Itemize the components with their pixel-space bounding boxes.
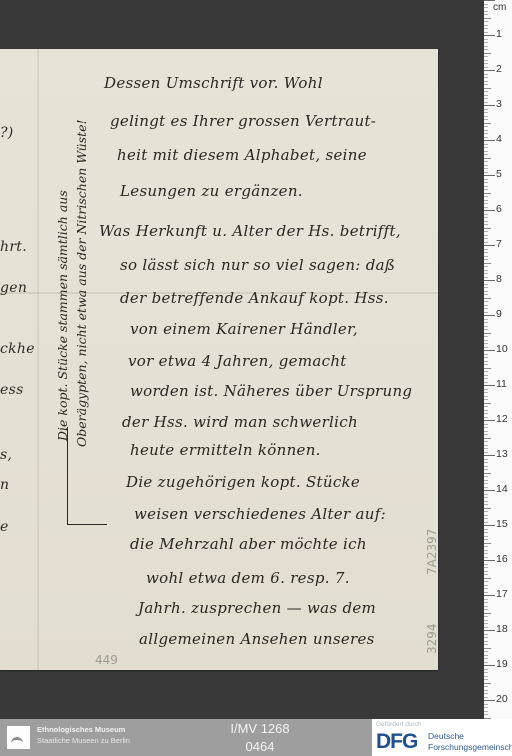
ruler-tick xyxy=(484,322,488,323)
ruler-label: 3 xyxy=(496,99,502,109)
ruler-tick xyxy=(484,242,488,243)
ruler-tick xyxy=(484,564,488,565)
ruler-tick xyxy=(484,326,488,327)
museum-name: Ethnologisches Museum xyxy=(37,725,125,734)
ruler-tick xyxy=(484,644,488,645)
letter-line: heit mit diesem Alphabet, seine xyxy=(117,146,367,164)
ruler-tick xyxy=(484,497,488,498)
pencil-number: 449 xyxy=(95,653,118,667)
ruler-tick xyxy=(484,294,488,295)
ruler-tick xyxy=(484,333,491,334)
ruler-tick xyxy=(484,18,491,19)
letter-line: der betreffende Ankauf kopt. Hss. xyxy=(120,289,389,307)
ruler-tick xyxy=(484,46,488,47)
ruler-tick xyxy=(484,595,495,596)
ruler-tick xyxy=(484,354,488,355)
letter-line: so lässt sich nur so viel sagen: daß xyxy=(120,256,395,274)
ruler-tick xyxy=(484,431,488,432)
ruler-label: 2 xyxy=(496,64,502,74)
fragment-text: ess xyxy=(0,382,24,398)
ruler-label: 15 xyxy=(496,519,508,529)
ruler-tick xyxy=(484,98,488,99)
fragment-text: gen xyxy=(0,280,27,296)
ruler-tick xyxy=(484,214,488,215)
ruler-tick xyxy=(484,630,495,631)
ruler-tick xyxy=(484,186,488,187)
ruler-label: 11 xyxy=(496,379,507,389)
margin-bracket xyxy=(67,427,68,525)
letter-line: worden ist. Näheres über Ursprung xyxy=(130,382,412,400)
ruler-tick xyxy=(484,651,488,652)
ruler-tick xyxy=(484,189,488,190)
page-number: 0464 xyxy=(200,739,320,754)
dfg-logo-mark: DFG xyxy=(376,730,417,754)
letter-line: von einem Kairener Händler, xyxy=(130,320,358,338)
ruler-tick xyxy=(484,147,488,148)
ruler-tick xyxy=(484,329,488,330)
ruler-tick xyxy=(484,200,488,201)
ruler-tick xyxy=(484,441,488,442)
ruler-tick xyxy=(484,627,488,628)
ruler-tick xyxy=(484,364,488,365)
ruler-tick xyxy=(484,487,488,488)
ruler-tick xyxy=(484,385,495,386)
ruler-tick xyxy=(484,396,488,397)
ruler-tick xyxy=(484,301,488,302)
ruler-tick xyxy=(484,466,488,467)
fragment-text: e xyxy=(0,519,9,535)
ruler-tick xyxy=(484,259,488,260)
ruler-tick xyxy=(484,592,488,593)
ruler-label: 9 xyxy=(496,309,502,319)
ruler-tick xyxy=(484,161,488,162)
ruler-tick xyxy=(484,662,488,663)
letter-page: ?) hrt. gen ckhe ess s, n e Die kopt. St… xyxy=(0,49,438,670)
ruler-tick xyxy=(484,4,488,5)
ruler-tick xyxy=(484,361,488,362)
inventory-id: I/MV 1268 xyxy=(200,721,320,736)
ruler-tick xyxy=(484,144,488,145)
ruler-tick xyxy=(484,95,488,96)
ruler-tick xyxy=(484,67,488,68)
document-viewer[interactable]: ?) hrt. gen ckhe ess s, n e Die kopt. St… xyxy=(0,0,484,719)
ruler-tick xyxy=(484,389,488,390)
ruler-tick xyxy=(484,697,488,698)
ruler-label: 13 xyxy=(496,449,508,459)
ruler-tick xyxy=(484,116,488,117)
ruler-tick xyxy=(484,522,488,523)
ruler-tick xyxy=(484,714,488,715)
ruler-tick xyxy=(484,291,488,292)
letter-line: heute ermitteln können. xyxy=(130,441,321,459)
ruler-tick xyxy=(484,543,491,544)
ruler-tick xyxy=(484,539,488,540)
ruler-tick xyxy=(484,406,488,407)
ruler-tick xyxy=(484,245,495,246)
ruler-unit: cm xyxy=(493,2,506,13)
ruler-tick xyxy=(484,560,495,561)
ruler-tick xyxy=(484,270,488,271)
ruler-tick xyxy=(484,427,488,428)
ruler-tick xyxy=(484,494,488,495)
ruler-tick xyxy=(484,340,488,341)
ruler-tick xyxy=(484,315,495,316)
ruler-tick xyxy=(484,392,488,393)
ruler-tick xyxy=(484,669,488,670)
ruler-label: 14 xyxy=(496,484,508,494)
ruler-tick xyxy=(484,690,488,691)
ruler-tick xyxy=(484,350,495,351)
ruler-tick xyxy=(484,280,495,281)
ruler-tick xyxy=(484,581,488,582)
ruler-tick xyxy=(484,616,488,617)
ruler-tick xyxy=(484,252,488,253)
ruler-tick xyxy=(484,599,488,600)
ruler-tick xyxy=(484,711,488,712)
ruler-tick xyxy=(484,112,488,113)
ruler-tick xyxy=(484,511,488,512)
ruler-label: 10 xyxy=(496,344,508,354)
ruler-tick xyxy=(484,231,488,232)
ruler-tick xyxy=(484,469,488,470)
ruler-tick xyxy=(484,224,488,225)
ruler-tick xyxy=(484,305,488,306)
paper-fold-vertical xyxy=(37,49,39,670)
ruler-label: 18 xyxy=(496,624,508,634)
ruler-tick xyxy=(484,672,488,673)
ruler-tick xyxy=(484,525,495,526)
letter-line: wohl etwa dem 6. resp. 7. xyxy=(146,569,350,587)
ruler-tick xyxy=(484,182,488,183)
ruler-tick xyxy=(484,343,488,344)
ruler-tick xyxy=(484,588,488,589)
ruler-tick xyxy=(484,641,488,642)
ruler-tick xyxy=(484,452,488,453)
ruler-tick xyxy=(484,700,495,701)
ruler-label: 16 xyxy=(496,554,508,564)
ruler-label: 19 xyxy=(496,659,508,669)
ruler-tick xyxy=(484,137,488,138)
ruler-tick xyxy=(484,175,495,176)
ruler-tick xyxy=(484,448,488,449)
museum-subtitle: Staatliche Museen zu Berlin xyxy=(37,736,130,745)
ruler-tick xyxy=(484,357,488,358)
ruler-tick xyxy=(484,287,488,288)
ruler-tick xyxy=(484,375,488,376)
ruler-tick xyxy=(484,154,488,155)
ruler-label: 6 xyxy=(496,204,502,214)
letter-line: die Mehrzahl aber möchte ich xyxy=(130,535,367,553)
ruler-tick xyxy=(484,546,488,547)
ruler-tick xyxy=(484,571,488,572)
letter-line: Lesungen zu ergänzen. xyxy=(120,182,303,200)
ruler-tick xyxy=(484,683,491,684)
fragment-text: ?) xyxy=(0,125,14,141)
ruler-tick xyxy=(484,368,491,369)
ruler-tick xyxy=(484,60,488,61)
ruler-tick xyxy=(484,228,491,229)
ruler-tick xyxy=(484,578,491,579)
ruler-label: 1 xyxy=(496,29,502,39)
ruler-tick xyxy=(484,32,488,33)
ruler-tick xyxy=(484,459,488,460)
ruler-label: 5 xyxy=(496,169,502,179)
pencil-number: 3294 xyxy=(425,623,439,654)
ruler-tick xyxy=(484,256,488,257)
ruler-tick xyxy=(484,70,495,71)
ruler-tick xyxy=(484,21,488,22)
ruler-tick xyxy=(484,91,488,92)
ruler-tick xyxy=(484,81,488,82)
ruler-tick xyxy=(484,567,488,568)
ruler-tick xyxy=(484,658,488,659)
ruler-tick xyxy=(484,336,488,337)
ruler-tick xyxy=(484,693,488,694)
ruler-tick xyxy=(484,371,488,372)
ruler-tick xyxy=(484,312,488,313)
ruler-tick xyxy=(484,133,488,134)
ruler-tick xyxy=(484,602,488,603)
ruler-tick xyxy=(484,217,488,218)
ruler-tick xyxy=(484,179,488,180)
margin-note-line-1: Die kopt. Stücke stammen sämtlich aus xyxy=(55,190,70,441)
letter-line: Dessen Umschrift vor. Wohl xyxy=(104,74,323,92)
ruler-tick xyxy=(484,655,488,656)
ruler-tick xyxy=(484,168,488,169)
ruler-tick xyxy=(484,105,495,106)
ruler-tick xyxy=(484,63,488,64)
ruler-tick xyxy=(484,273,488,274)
ruler-tick xyxy=(484,424,488,425)
funding-label: Gefördert durch xyxy=(376,721,422,728)
ruler-tick xyxy=(484,193,491,194)
ruler-tick xyxy=(484,130,488,131)
ruler-tick xyxy=(484,585,488,586)
ruler-tick xyxy=(484,347,488,348)
ruler-tick xyxy=(484,11,488,12)
ruler-tick xyxy=(484,172,488,173)
ruler-tick xyxy=(484,462,488,463)
ruler-tick xyxy=(484,238,488,239)
ruler-tick xyxy=(484,102,488,103)
ruler-tick xyxy=(484,277,488,278)
ruler-tick xyxy=(484,620,488,621)
ruler-tick xyxy=(484,686,488,687)
fragment-text: hrt. xyxy=(0,239,27,255)
dfg-funding-logo: Gefördert durch DFG Deutsche Forschungsg… xyxy=(372,719,512,756)
letter-line: vor etwa 4 Jahren, gemacht xyxy=(128,352,347,370)
ruler-tick xyxy=(484,119,488,120)
ruler-tick xyxy=(484,88,491,89)
ruler-tick xyxy=(484,298,491,299)
ruler-tick xyxy=(484,634,488,635)
ruler-tick xyxy=(484,308,488,309)
ruler-tick xyxy=(484,557,488,558)
margin-bracket xyxy=(67,524,107,525)
ruler-tick xyxy=(484,623,488,624)
ruler-tick xyxy=(484,420,495,421)
ruler-tick xyxy=(484,417,488,418)
ruler-tick xyxy=(484,123,491,124)
ruler-tick xyxy=(484,49,488,50)
ruler-tick xyxy=(484,158,491,159)
ruler-tick xyxy=(484,35,495,36)
ruler-tick xyxy=(484,53,491,54)
ruler-tick xyxy=(484,39,488,40)
ruler-tick xyxy=(484,266,488,267)
ruler-label: 8 xyxy=(496,274,502,284)
ruler-tick xyxy=(484,7,488,8)
ruler-tick xyxy=(484,74,488,75)
museum-logo xyxy=(7,726,30,749)
ruler-tick xyxy=(484,676,488,677)
ruler-tick xyxy=(484,126,488,127)
ruler-tick xyxy=(484,109,488,110)
letter-line: der Hss. wird man schwerlich xyxy=(122,413,358,431)
ruler-tick xyxy=(484,207,488,208)
letter-line: allgemeinen Ansehen unseres xyxy=(139,630,375,648)
ruler-tick xyxy=(484,490,495,491)
ruler-tick xyxy=(484,165,488,166)
wave-icon xyxy=(11,737,23,747)
ruler-tick xyxy=(484,504,488,505)
ruler-tick xyxy=(484,704,488,705)
ruler-tick xyxy=(484,648,491,649)
letter-line: Was Herkunft u. Alter der Hs. betrifft, xyxy=(99,222,401,240)
ruler-tick xyxy=(484,42,488,43)
dfg-name: Deutsche xyxy=(428,731,464,741)
ruler-tick xyxy=(484,382,488,383)
ruler-tick xyxy=(484,480,488,481)
ruler-tick xyxy=(484,56,488,57)
ruler-tick xyxy=(484,665,495,666)
ruler-tick xyxy=(484,515,488,516)
ruler-tick xyxy=(484,410,488,411)
fragment-text: n xyxy=(0,477,9,493)
ruler-label: 12 xyxy=(496,414,508,424)
letter-line: gelingt es Ihrer grossen Vertraut- xyxy=(110,112,376,130)
ruler-tick xyxy=(484,438,491,439)
ruler-tick xyxy=(484,455,495,456)
ruler-tick xyxy=(484,263,491,264)
ruler-tick xyxy=(484,403,491,404)
ruler-label: 7 xyxy=(496,239,502,249)
ruler-tick xyxy=(484,574,488,575)
ruler-tick xyxy=(484,476,488,477)
ruler-label: 20 xyxy=(496,694,508,704)
ruler-tick xyxy=(484,284,488,285)
ruler-tick xyxy=(484,221,488,222)
ruler-tick xyxy=(484,151,488,152)
ruler-tick xyxy=(484,536,488,537)
ruler-tick xyxy=(484,508,491,509)
ruler-tick xyxy=(484,203,488,204)
ruler-tick xyxy=(484,473,491,474)
ruler-tick xyxy=(484,413,488,414)
ruler-tick xyxy=(484,483,488,484)
pencil-inventory-number: 7A2397 xyxy=(425,529,439,575)
ruler-tick xyxy=(484,518,488,519)
ruler-tick xyxy=(484,84,488,85)
ruler-tick xyxy=(484,210,495,211)
ruler-tick xyxy=(484,445,488,446)
letter-line: Jahrh. zusprechen — was dem xyxy=(138,599,376,617)
fragment-text: s, xyxy=(0,447,12,463)
ruler-tick xyxy=(484,14,488,15)
ruler-tick xyxy=(484,25,488,26)
ruler-tick xyxy=(484,553,488,554)
ruler-tick xyxy=(484,679,488,680)
ruler-tick xyxy=(484,77,488,78)
ruler-tick xyxy=(484,378,488,379)
ruler-tick xyxy=(484,0,495,1)
ruler-tick xyxy=(484,707,488,708)
ruler-tick xyxy=(484,609,488,610)
ruler-label: 4 xyxy=(496,134,502,144)
ruler-tick xyxy=(484,319,488,320)
ruler-label: 17 xyxy=(496,589,508,599)
ruler-tick xyxy=(484,501,488,502)
ruler-tick xyxy=(484,249,488,250)
ruler-tick xyxy=(484,532,488,533)
ruler-tick xyxy=(484,140,495,141)
fragment-text: ckhe xyxy=(0,341,35,357)
ruler-tick xyxy=(484,235,488,236)
ruler-tick xyxy=(484,613,491,614)
dfg-name: Forschungsgemeinschaft xyxy=(428,742,512,752)
ruler-tick xyxy=(484,550,488,551)
letter-line: Die zugehörigen kopt. Stücke xyxy=(126,473,360,491)
cm-ruler: cm 1 2 3 4 5 6 7 8 9 10 11 12 13 14 15 1… xyxy=(484,0,512,719)
ruler-tick xyxy=(484,196,488,197)
ruler-tick xyxy=(484,28,488,29)
letter-line: weisen verschiedenes Alter auf: xyxy=(134,505,386,523)
ruler-tick xyxy=(484,399,488,400)
ruler-tick xyxy=(484,529,488,530)
ruler-tick xyxy=(484,606,488,607)
margin-note-line-2: Oberägypten, nicht etwa aus der Nitrisch… xyxy=(74,119,89,447)
ruler-tick xyxy=(484,434,488,435)
ruler-tick xyxy=(484,637,488,638)
